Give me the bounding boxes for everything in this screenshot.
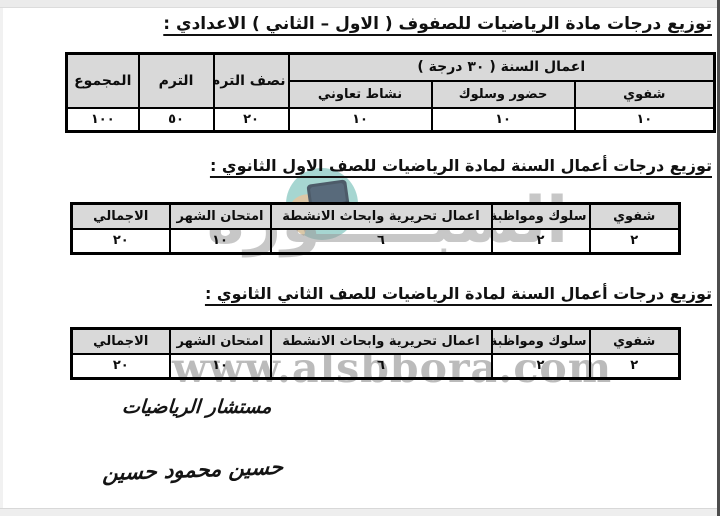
value-term: ٥٠: [139, 108, 214, 132]
value-overall: ٢٠: [72, 229, 170, 254]
first-secondary-title: توزيع درجات أعمال السنة لمادة الرياضيات …: [210, 156, 712, 175]
signature-name: حسين محمود حسين: [102, 455, 284, 485]
col-header-monthly-exam: امتحان الشهر: [170, 204, 271, 229]
col-header-behavior-diligence: سلوك ومواظبة: [492, 204, 590, 229]
page-bottom-margin-strip: [0, 508, 720, 516]
prep-distribution-title: توزيع درجات مادة الرياضيات للصفوف ( الاو…: [163, 14, 712, 34]
col-header-overall: الاجمالي: [72, 329, 170, 354]
value-cooperative-activity: ١٠: [289, 108, 432, 132]
col-header-written-research: اعمال تحريرية وابحاث الانشطة: [271, 204, 492, 229]
second-secondary-table: شفوي سلوك ومواظبة اعمال تحريرية وابحاث ا…: [70, 327, 681, 380]
col-header-written-research: اعمال تحريرية وابحاث الانشطة: [271, 329, 492, 354]
col-header-monthly-exam: امتحان الشهر: [170, 329, 271, 354]
col-header-oral: شفوي: [590, 329, 680, 354]
col-header-total: المجموع: [67, 54, 139, 108]
document-page: السبـــــورة www.alsbbora.com توزيع درجا…: [0, 0, 720, 516]
col-header-attendance-behavior: حضور وسلوك: [432, 81, 575, 108]
col-header-oral: شفوي: [590, 204, 680, 229]
value-total: ١٠٠: [67, 108, 139, 132]
value-half-term: ٢٠: [214, 108, 289, 132]
signature-role: مستشار الرياضيات: [121, 396, 272, 418]
col-header-behavior-diligence: سلوك ومواظبة: [492, 329, 590, 354]
value-behavior-diligence: ٢: [492, 229, 590, 254]
value-written-research: ٦: [271, 354, 492, 379]
value-overall: ٢٠: [72, 354, 170, 379]
col-header-overall: الاجمالي: [72, 204, 170, 229]
col-header-oral: شفوي: [575, 81, 715, 108]
value-written-research: ٦: [271, 229, 492, 254]
year-work-group-header: اعمال السنة ( ٣٠ درجة ): [289, 54, 715, 81]
page-left-edge: [0, 0, 3, 516]
prep-grades-table: اعمال السنة ( ٣٠ درجة ) نصف الترم الترم …: [65, 52, 716, 133]
col-header-half-term: نصف الترم: [214, 54, 289, 108]
value-attendance-behavior: ١٠: [432, 108, 575, 132]
value-monthly-exam: ١٠: [170, 229, 271, 254]
value-oral: ٢: [590, 229, 680, 254]
col-header-term: الترم: [139, 54, 214, 108]
second-secondary-title: توزيع درجات أعمال السنة لمادة الرياضيات …: [205, 284, 712, 303]
value-monthly-exam: ١٠: [170, 354, 271, 379]
value-oral: ١٠: [575, 108, 715, 132]
col-header-cooperative-activity: نشاط تعاوني: [289, 81, 432, 108]
value-oral: ٢: [590, 354, 680, 379]
first-secondary-table: شفوي سلوك ومواظبة اعمال تحريرية وابحاث ا…: [70, 202, 681, 255]
value-behavior-diligence: ٢: [492, 354, 590, 379]
page-top-margin-strip: [0, 0, 720, 8]
